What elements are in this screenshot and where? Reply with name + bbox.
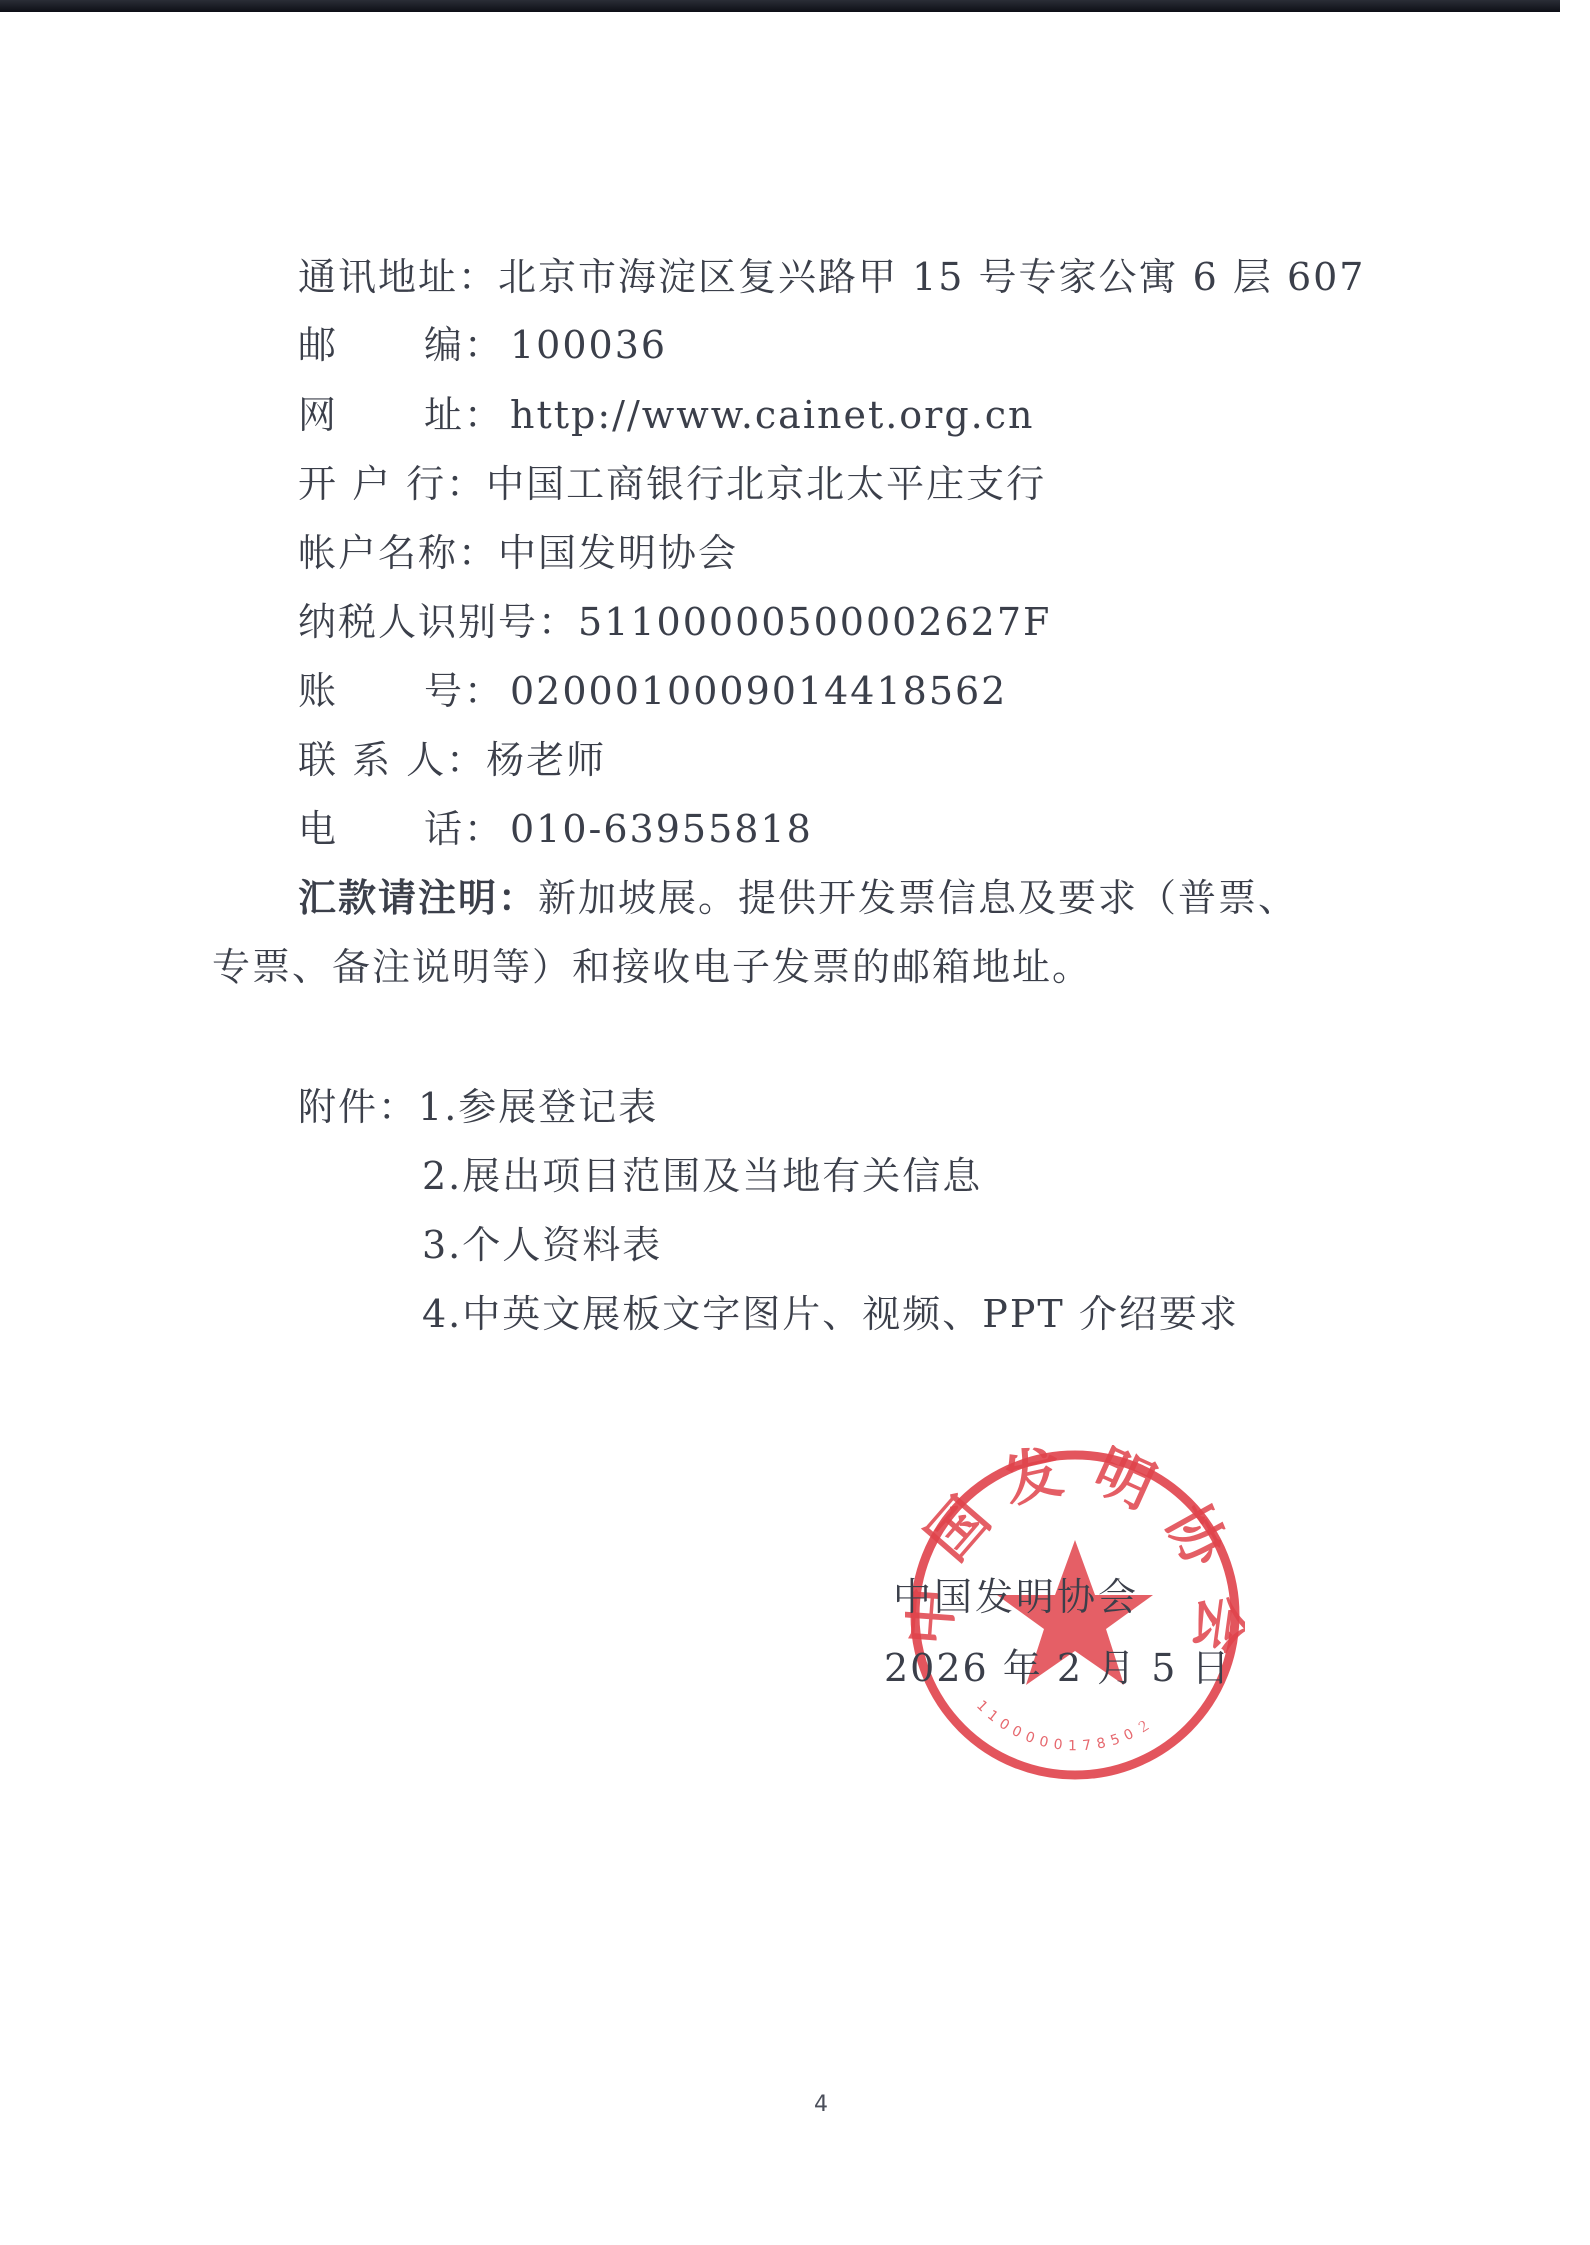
remittance-note-label: 汇款请注明： <box>298 875 538 920</box>
postcode-line: 邮编：100036 <box>298 320 667 370</box>
account-no-line: 账号：0200010009014418562 <box>298 666 1007 716</box>
contact-person-value: 杨老师 <box>486 738 606 782</box>
attachments-line1: 附件：1.参展登记表 <box>298 1082 658 1132</box>
website-value: http://www.cainet.org.cn <box>510 393 1035 437</box>
page-number: 4 <box>814 2092 828 2117</box>
contact-person-line: 联 系 人：杨老师 <box>298 735 606 785</box>
attachment-item-4: 4.中英文展板文字图片、视频、PPT 介绍要求 <box>422 1289 1239 1339</box>
contact-person-label: 联 系 人： <box>298 738 486 782</box>
bank-value: 中国工商银行北京北太平庄支行 <box>486 462 1046 506</box>
remittance-note-line1: 汇款请注明：新加坡展。提供开发票信息及要求（普票、 <box>298 873 1298 923</box>
bank-line: 开 户 行：中国工商银行北京北太平庄支行 <box>298 459 1046 509</box>
tax-id-line: 纳税人识别号：51100000500002627F <box>298 597 1051 647</box>
remittance-note-line2: 专票、备注说明等）和接收电子发票的邮箱地址。 <box>212 942 1092 992</box>
address-label: 通讯地址： <box>298 255 498 299</box>
phone-line: 电话：010-63955818 <box>298 804 813 854</box>
account-name-line: 帐户名称：中国发明协会 <box>298 528 738 578</box>
address-line: 通讯地址：北京市海淀区复兴路甲 15 号专家公寓 6 层 607 <box>298 252 1365 302</box>
tax-id-value: 51100000500002627F <box>578 600 1051 644</box>
phone-label-b: 话： <box>424 804 504 854</box>
attachment-item-2: 2.展出项目范围及当地有关信息 <box>422 1151 982 1201</box>
postcode-value: 100036 <box>510 323 667 367</box>
bank-label: 开 户 行： <box>298 462 486 506</box>
attachment-item-1: 1.参展登记表 <box>418 1085 658 1129</box>
scan-top-edge <box>0 0 1560 12</box>
attachments-label: 附件： <box>298 1085 418 1129</box>
postcode-label-b: 编： <box>424 320 504 370</box>
tax-id-label: 纳税人识别号： <box>298 600 578 644</box>
postcode-label-a: 邮 <box>298 320 424 370</box>
website-line: 网址：http://www.cainet.org.cn <box>298 390 1035 440</box>
signature-org: 中国发明协会 <box>893 1572 1139 1622</box>
account-no-value: 0200010009014418562 <box>510 669 1007 713</box>
seal-serial: 110000017850２ <box>973 1698 1159 1755</box>
account-name-value: 中国发明协会 <box>498 531 738 575</box>
phone-label-a: 电 <box>298 804 424 854</box>
signature-date: 2026 年 2 月 5 日 <box>884 1643 1231 1693</box>
attachment-item-3: 3.个人资料表 <box>422 1220 662 1270</box>
remittance-note-text1: 新加坡展。提供开发票信息及要求（普票、 <box>538 876 1298 920</box>
website-label-a: 网 <box>298 390 424 440</box>
account-no-label-b: 号： <box>424 666 504 716</box>
address-value: 北京市海淀区复兴路甲 15 号专家公寓 6 层 607 <box>498 255 1365 299</box>
website-label-b: 址： <box>424 390 504 440</box>
phone-value: 010-63955818 <box>510 807 813 851</box>
account-name-label: 帐户名称： <box>298 531 498 575</box>
remittance-note-text2: 专票、备注说明等）和接收电子发票的邮箱地址。 <box>212 945 1092 989</box>
account-no-label-a: 账 <box>298 666 424 716</box>
